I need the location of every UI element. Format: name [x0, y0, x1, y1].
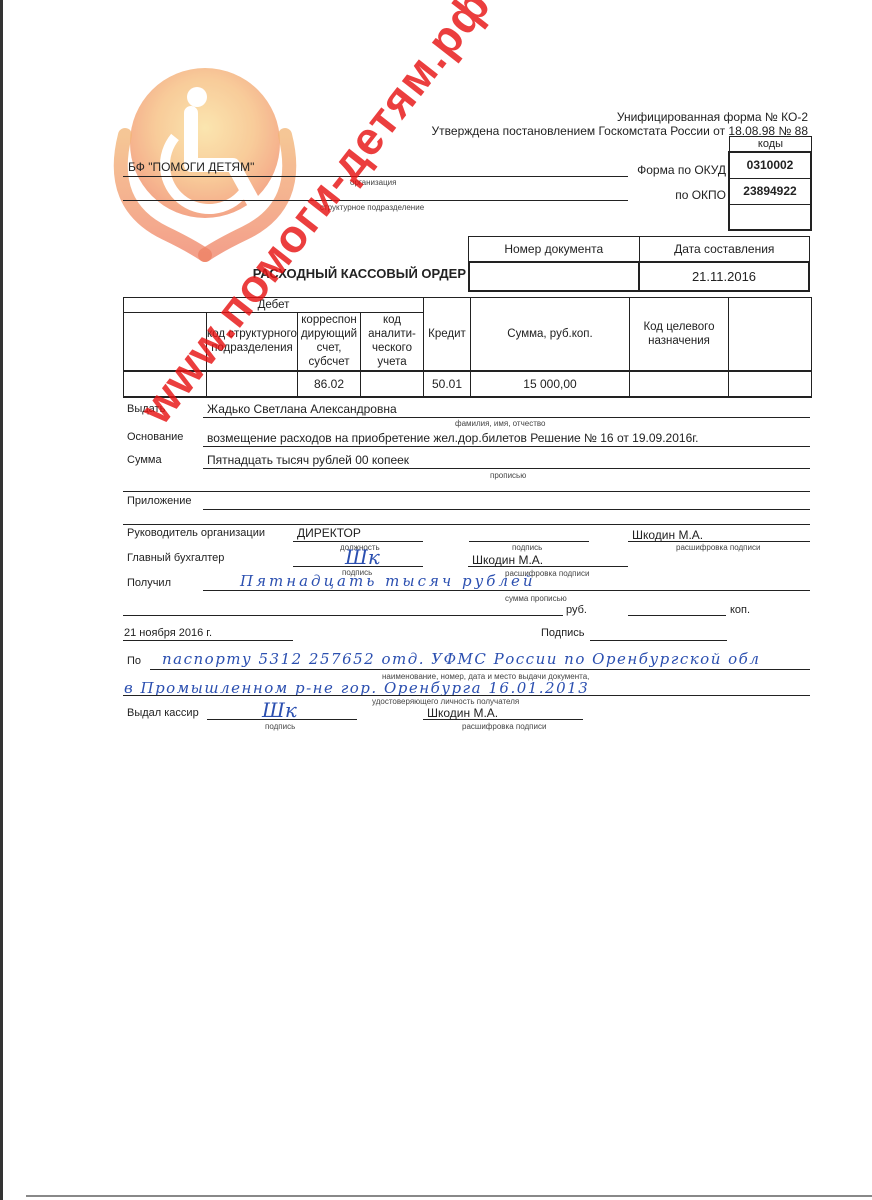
- receipt-date-line: [123, 640, 293, 641]
- cashier-decode-caption: расшифровка подписи: [462, 722, 546, 731]
- codes-box: 0310002 23894922: [728, 151, 812, 231]
- okpo-label: по ОКПО: [675, 188, 726, 202]
- dept-code-header: код структурного подразделения: [207, 313, 298, 371]
- id-document-line-1: паспорту 5312 257652 отд. УФМС России по…: [162, 650, 760, 668]
- document-date-header: Дата составления: [640, 237, 810, 261]
- issue-value: Жадько Светлана Александровна: [207, 402, 397, 416]
- codes-header: коды: [729, 136, 812, 152]
- accountant-signature: Шк: [345, 545, 380, 569]
- kop-line: [628, 615, 726, 616]
- ledger-cell: [124, 371, 207, 397]
- head-name: Шкодин М.А.: [632, 528, 703, 542]
- head-label: Руководитель организации: [127, 527, 265, 539]
- sum-line: [203, 468, 810, 469]
- corr-account-header: корреспон дирующий счет, субсчет: [298, 313, 361, 371]
- accountant-label: Главный бухгалтер: [127, 552, 224, 564]
- cashier-name: Шкодин М.А.: [427, 706, 498, 720]
- head-signature-caption: подпись: [512, 543, 542, 552]
- issue-label: Выдать: [127, 403, 165, 415]
- document-date-value: 21.11.2016: [640, 263, 808, 290]
- head-signature-line: [469, 541, 589, 542]
- ledger-cell: [361, 371, 424, 397]
- department-line: [123, 200, 628, 201]
- credit-header: Кредит: [424, 298, 471, 371]
- okud-label: Форма по ОКУД: [637, 163, 726, 177]
- by-document-label: По: [127, 655, 141, 667]
- organization-name: БФ "ПОМОГИ ДЕТЯМ": [128, 160, 254, 174]
- target-code-header: Код целевого назначения: [630, 298, 729, 371]
- sum-label: Сумма: [127, 454, 162, 466]
- sign-label: Подпись: [541, 627, 585, 639]
- department-caption: структурное подразделение: [320, 203, 424, 212]
- sum-line-2: [123, 491, 810, 492]
- debit-header: Дебет: [124, 298, 424, 313]
- extra-header: [729, 298, 812, 371]
- document-number-header: Номер документа: [469, 237, 640, 261]
- received-label: Получил: [127, 577, 171, 589]
- basis-value: возмещение расходов на приобретение жел.…: [207, 431, 698, 445]
- rub-label: руб.: [566, 604, 587, 616]
- accountant-name: Шкодин М.А.: [472, 553, 543, 567]
- cashier-label: Выдал кассир: [127, 707, 199, 719]
- basis-line: [203, 446, 810, 447]
- unified-form-label: Унифицированная форма № КО-2: [617, 110, 808, 124]
- issue-caption: фамилия, имя, отчество: [455, 419, 546, 428]
- received-handwritten: Пятнадцать тысяч рублей: [240, 572, 536, 590]
- id-document-line: [150, 669, 810, 670]
- attachment-line: [203, 509, 810, 510]
- document-title: РАСХОДНЫЙ КАССОВЫЙ ОРДЕР: [253, 266, 466, 281]
- sign-line: [590, 640, 727, 641]
- sum-value: Пятнадцать тысяч рублей 00 копеек: [207, 453, 409, 467]
- organization-caption: организация: [350, 178, 396, 187]
- head-position: ДИРЕКТОР: [297, 526, 361, 540]
- okpo-value: 23894922: [730, 179, 810, 205]
- cashier-signature-caption: подпись: [265, 722, 295, 731]
- accountant-name-line: [468, 566, 628, 567]
- issue-line: [203, 417, 810, 418]
- head-name-line: [628, 541, 810, 542]
- ledger-cell: [207, 371, 298, 397]
- rub-line: [123, 615, 563, 616]
- ledger-table: Дебет Кредит Сумма, руб.коп. Код целевог…: [123, 297, 812, 398]
- document-number-date-table: Номер документа Дата составления 21.11.2…: [468, 236, 810, 291]
- id-document-line-2-rule: [123, 695, 810, 696]
- ledger-cell-corr-account: 86.02: [298, 371, 361, 397]
- extra-code-value: [730, 205, 810, 230]
- sum-header: Сумма, руб.коп.: [471, 298, 630, 371]
- debit-blank-header: [124, 313, 207, 371]
- id-document-caption-2: удостоверяющего личность получателя: [372, 697, 519, 706]
- attachment-label: Приложение: [127, 495, 192, 507]
- cashier-signature: Шк: [262, 698, 297, 722]
- sum-caption: прописью: [490, 471, 526, 480]
- cashier-name-line: [423, 719, 583, 720]
- ledger-cell-sum: 15 000,00: [471, 371, 630, 397]
- receipt-date: 21 ноября 2016 г.: [124, 627, 212, 639]
- scan-edge-bottom: [26, 1195, 872, 1197]
- organization-line: [123, 176, 628, 177]
- scan-edge-left: [0, 0, 3, 1200]
- received-caption: сумма прописью: [505, 594, 567, 603]
- document-number-value: [470, 263, 640, 290]
- kop-label: коп.: [730, 604, 750, 616]
- attachment-line-2: [123, 524, 810, 525]
- analytic-code-header: код аналити- ческого учета: [361, 313, 424, 371]
- ledger-cell: [630, 371, 729, 397]
- okud-value: 0310002: [730, 153, 810, 179]
- ledger-cell-credit: 50.01: [424, 371, 471, 397]
- head-position-line: [293, 541, 423, 542]
- received-line: [203, 590, 810, 591]
- head-decode-caption: расшифровка подписи: [676, 543, 760, 552]
- ledger-cell: [729, 371, 812, 397]
- basis-label: Основание: [127, 431, 183, 443]
